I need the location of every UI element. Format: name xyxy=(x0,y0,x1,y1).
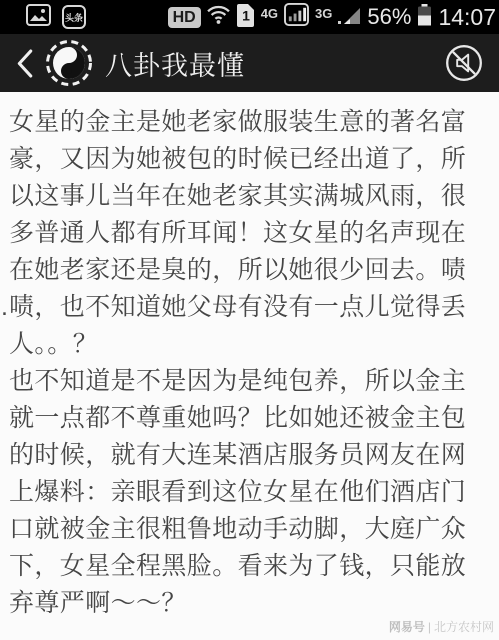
battery-percent: 56% xyxy=(367,4,411,30)
sim-card-icon: 1 xyxy=(236,3,255,32)
yinyang-icon xyxy=(45,39,93,87)
wifi-icon xyxy=(207,4,230,30)
toutiao-app-icon: 头条 xyxy=(62,5,86,29)
body-paragraph-2: 也不知道是不是因为是纯包养，所以金主 就一点都不尊重她吗？比如她还被金主包 的时… xyxy=(9,363,491,622)
hd-badge: HD xyxy=(168,7,201,28)
notification-muted-icon xyxy=(443,42,485,84)
status-bar: 头条 HD 1 4G xyxy=(0,0,499,34)
body-paragraph-1: 女星的金主是她老家做服装生意的著名富 豪，又因为她被包的时候已经出道了，所 以这… xyxy=(9,104,491,363)
watermark-site: 北方农村网 xyxy=(434,618,494,635)
battery-icon xyxy=(417,4,432,31)
clock: 14:07 xyxy=(438,4,496,31)
network-3g-label: 3G xyxy=(315,6,332,21)
page-title: 八卦我最懂 xyxy=(105,44,245,83)
signal-triangle-icon xyxy=(338,5,361,30)
svg-text:1: 1 xyxy=(242,7,250,23)
back-button[interactable] xyxy=(14,45,35,82)
article-body: 女星的金主是她老家做服装生意的著名富 豪，又因为她被包的时候已经出道了，所 以这… xyxy=(0,92,499,640)
toutiao-label: 头条 xyxy=(65,11,83,24)
nav-bar: 八卦我最懂 xyxy=(0,34,499,92)
chevron-left-icon xyxy=(16,49,33,78)
watermark-brand: 网易号 xyxy=(389,618,425,635)
signal-bars-icon xyxy=(284,3,309,31)
watermark-divider: | xyxy=(428,620,431,634)
screen: 头条 HD 1 4G xyxy=(0,0,499,640)
mute-button[interactable] xyxy=(443,42,485,84)
watermark: 网易号 | 北方农村网 xyxy=(389,618,494,635)
channel-avatar[interactable] xyxy=(45,39,93,87)
stray-dot: . xyxy=(1,289,8,326)
network-4g-label: 4G xyxy=(261,6,278,21)
gallery-icon xyxy=(26,4,51,31)
